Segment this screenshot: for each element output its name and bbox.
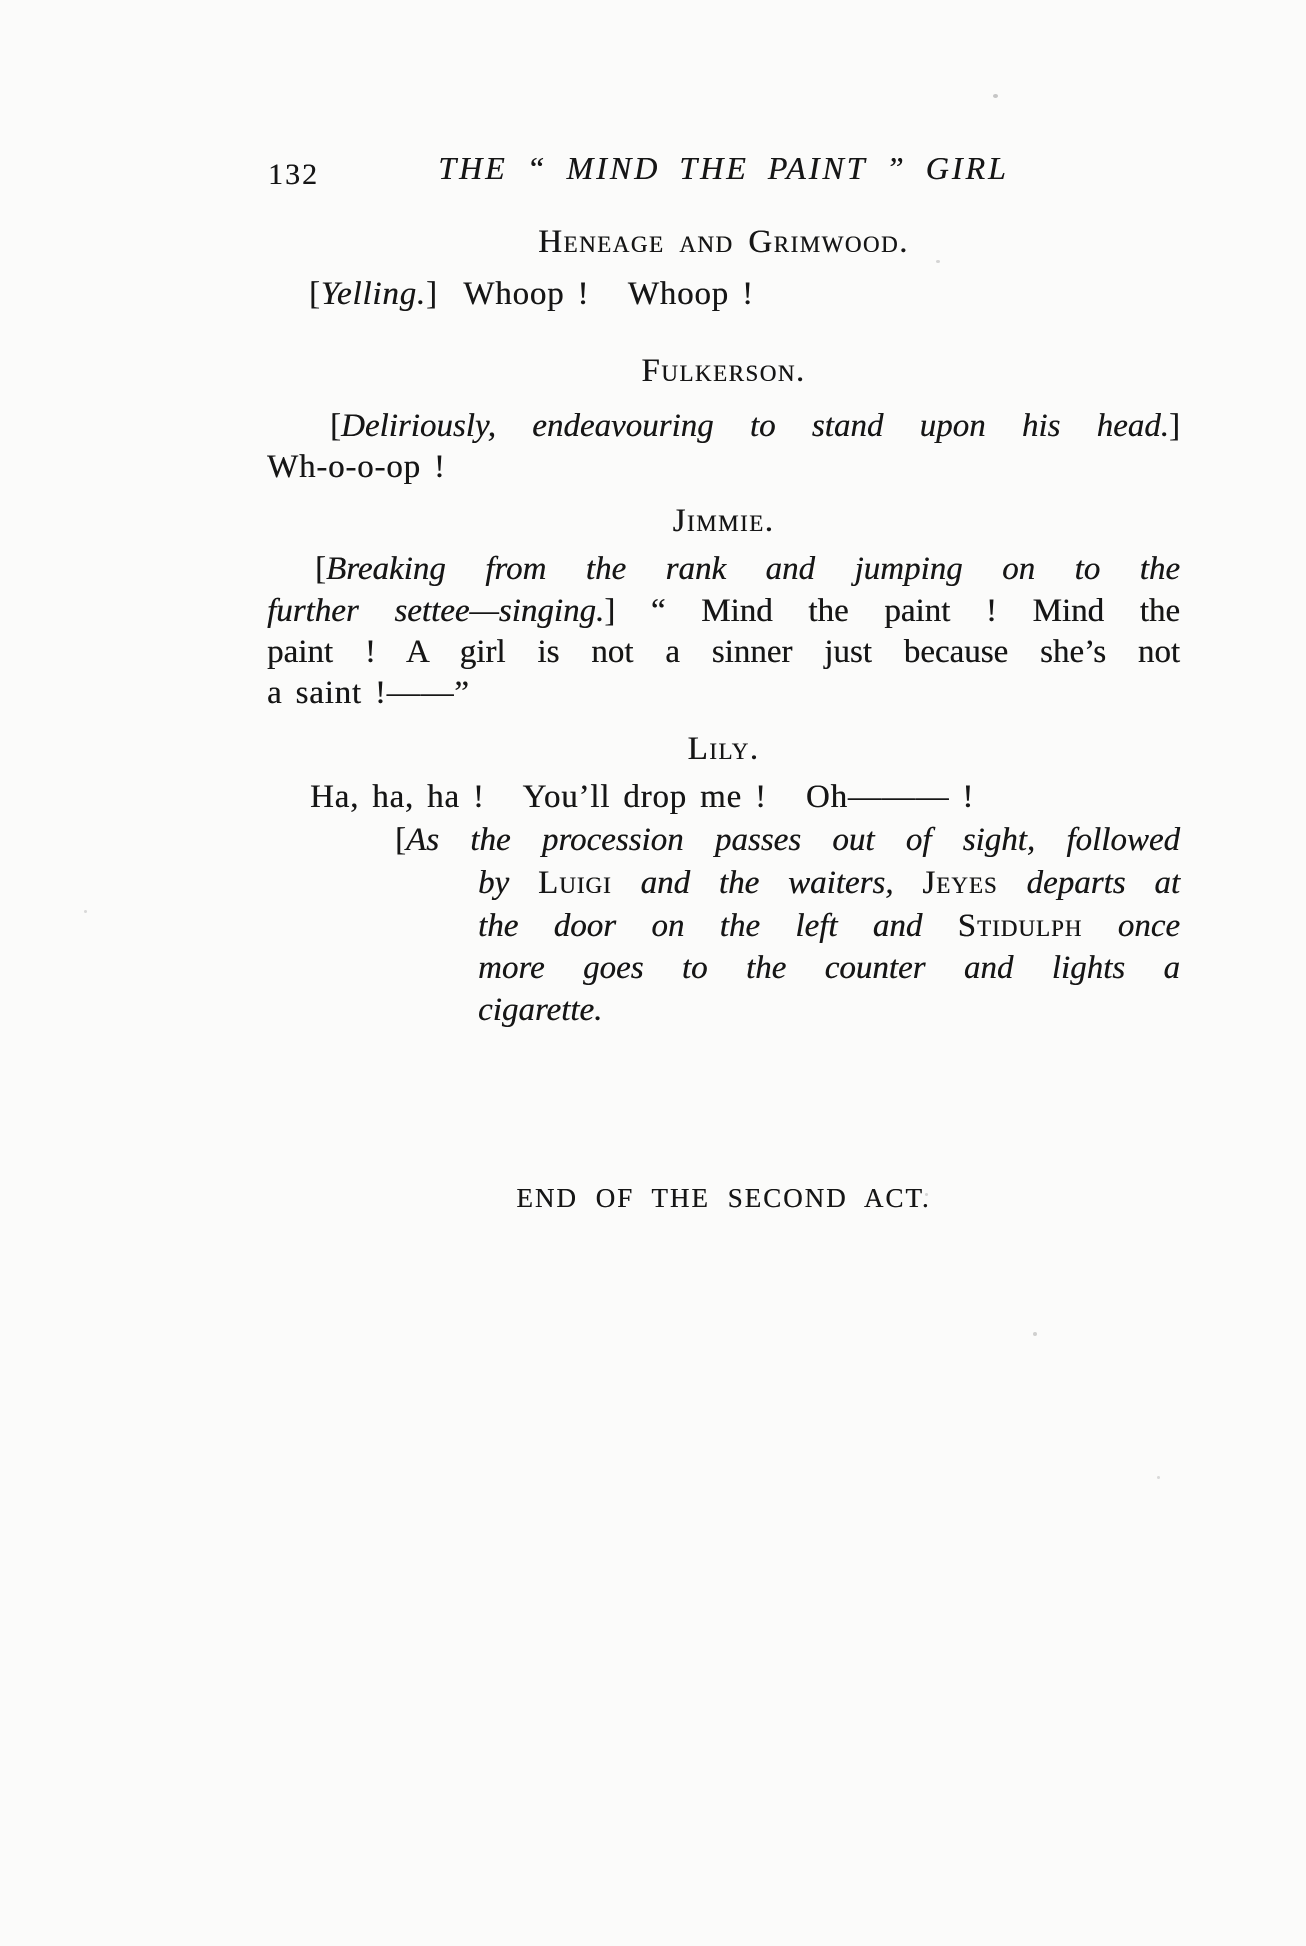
- scan-speck: [925, 1193, 928, 1196]
- end-of-act-line: END OF THE SECOND ACT.: [267, 1183, 1180, 1215]
- speech-heading-fulkerson: Fulkerson.: [267, 352, 1180, 391]
- scan-speck: [1157, 1476, 1160, 1479]
- dialogue-line: [Yelling.] Whoop ! Whoop !: [309, 275, 754, 314]
- speech-heading-heneage-grimwood: Heneage and Grimwood.: [267, 223, 1180, 262]
- dialogue-line: paint ! A girl is not a sinner just beca…: [267, 633, 1180, 672]
- scan-speck: [936, 260, 940, 263]
- stage-direction-line: by Luigi and the waiters, Jeyes departs …: [478, 864, 1180, 903]
- dialogue-line: a saint !——”: [267, 674, 470, 713]
- book-page: 132 THE “ MIND THE PAINT ” GIRL Heneage …: [0, 0, 1306, 1946]
- dialogue-line: further settee—singing.] “ Mind the pain…: [267, 592, 1180, 631]
- scan-speck: [1033, 1332, 1037, 1336]
- stage-direction-line: [Deliriously, endeavouring to stand upon…: [267, 407, 1180, 446]
- scan-speck: [993, 94, 998, 98]
- speech-heading-lily: Lily.: [267, 730, 1180, 769]
- stage-direction-line: the door on the left and Stidulph once: [478, 907, 1180, 946]
- running-title: THE “ MIND THE PAINT ” GIRL: [267, 150, 1180, 188]
- stage-direction-line: cigarette.: [478, 991, 1180, 1030]
- stage-direction-line: more goes to the counter and lights a: [478, 949, 1180, 988]
- stage-direction-line: [As the procession passes out of sight, …: [478, 821, 1180, 860]
- speech-heading-jimmie: Jimmie.: [267, 502, 1180, 541]
- dialogue-line: Wh-o-o-op !: [267, 448, 446, 487]
- dialogue-line: [Breaking from the rank and jumping on t…: [267, 550, 1180, 589]
- scan-speck: [84, 910, 87, 913]
- dialogue-line: Ha, ha, ha ! You’ll drop me ! Oh——— !: [310, 778, 974, 817]
